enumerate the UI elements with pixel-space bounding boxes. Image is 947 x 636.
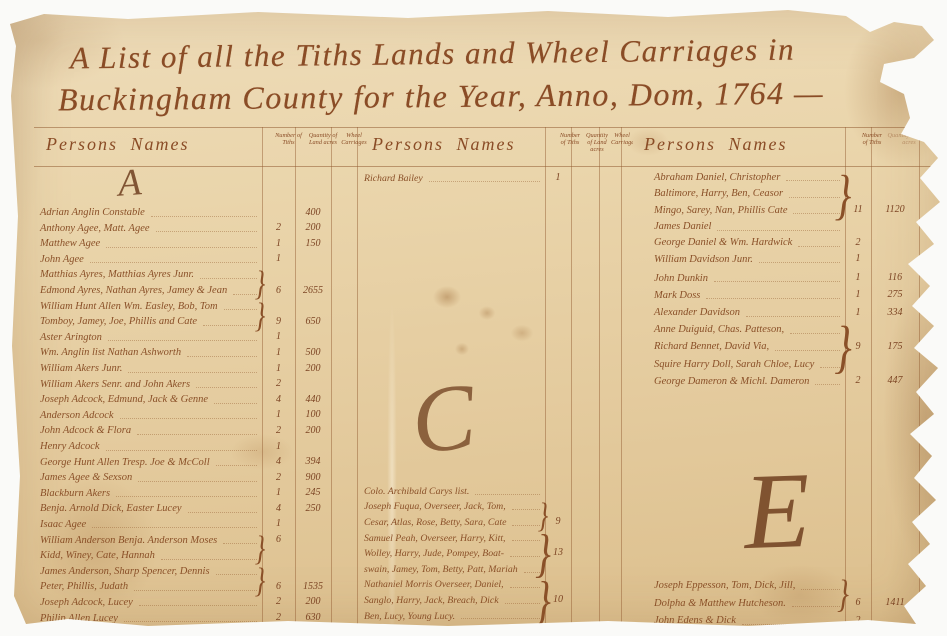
person-names-text: William Anderson Benja. Anderson Moses xyxy=(36,536,217,550)
ledger-row: Benja. Arnold Dick, Easter Lucey 4 250 xyxy=(36,502,357,518)
ledger-row: Edmond Ayres, Nathan Ayres, Jamey & Jean… xyxy=(36,284,357,300)
tiths-value: 1 xyxy=(262,239,295,253)
section-letter-C: C xyxy=(407,369,479,469)
dotted-leader xyxy=(475,494,540,495)
ledger-row: Siley Colman, Han, Dinah, Jony xyxy=(360,624,621,636)
dotted-leader xyxy=(801,589,840,590)
dotted-leader xyxy=(92,527,257,528)
dotted-leader xyxy=(233,294,257,295)
person-names-text: Philip Allen Lucey xyxy=(36,614,118,628)
table-header-middle: Persons Names Number of Tiths Quantity o… xyxy=(360,130,621,166)
land-acres-value: 150 xyxy=(295,239,331,253)
carriages-value xyxy=(919,352,947,356)
tiths-value xyxy=(545,620,571,624)
land-acres-value: 1535 xyxy=(295,582,331,596)
ledger-row: Kidd, Winey, Cate, Hannah xyxy=(36,549,357,565)
table-header-left: Persons Names Number of Tiths Quantity o… xyxy=(36,130,357,166)
person-names-text: William Davidson Junr. xyxy=(630,255,753,269)
tiths-value: 9 xyxy=(545,517,571,531)
ledger-row: John Edens & Dick 2 xyxy=(630,612,947,630)
dotted-leader xyxy=(116,496,257,497)
person-names-text: Joseph Eppesson, Tom, Dick, Jill, xyxy=(630,581,795,595)
person-names-text: Sanglo, Harry, Jack, Breach, Dick xyxy=(360,596,499,609)
tiths-value: 4 xyxy=(262,395,295,409)
dotted-leader xyxy=(786,180,840,181)
dotted-leader xyxy=(106,450,257,451)
dotted-leader xyxy=(714,281,840,282)
land-acres-value: 2655 xyxy=(295,286,331,300)
manuscript-paper: A List of all the Tiths Lands and Wheel … xyxy=(8,6,940,630)
person-names-text: Joseph Adcock, Edmund, Jack & Genne xyxy=(36,395,208,409)
tiths-value: 9 xyxy=(262,317,295,331)
person-names-text: George Hunt Allen Tresp. Joe & McColl xyxy=(36,458,210,472)
land-acres-value: 650 xyxy=(295,317,331,331)
tiths-value: 4 xyxy=(262,504,295,518)
dotted-leader xyxy=(505,603,540,604)
ledger-row: Adrian Anglin Constable 400 xyxy=(36,206,357,222)
carriages-value xyxy=(919,215,947,219)
ledger-row: Dolpha & Matthew Hutcheson. 6 1411 xyxy=(630,595,947,613)
person-names-text: George Dameron & Michl. Dameron xyxy=(630,377,809,391)
dotted-leader xyxy=(789,197,840,198)
ledger-row: Anne Duiguid, Chas. Patteson, } xyxy=(630,322,947,339)
land-acres-value: 440 xyxy=(295,395,331,409)
dotted-leader xyxy=(790,333,840,334)
person-names-text: Siley Colman, Han, Dinah, Jony xyxy=(360,627,491,636)
ledger-row: Joseph Adcock, Lucey 2 200 xyxy=(36,596,357,612)
tiths-value: 1 xyxy=(845,254,871,268)
ledger-row: Colo. Archibald Carys list. xyxy=(360,484,621,500)
ledger-row: Joseph Eppesson, Tom, Dick, Jill, } xyxy=(630,577,947,595)
ledger-row: James Agee & Sexson 2 900 xyxy=(36,471,357,487)
column-rule-line xyxy=(357,127,358,626)
person-names-text: Aster Arington xyxy=(36,333,102,347)
land-acres-value: 447 xyxy=(871,376,919,390)
dotted-leader xyxy=(512,525,540,526)
person-names-text: Squire Harry Doll, Sarah Chloe, Lucy xyxy=(630,360,814,374)
tiths-value: 2 xyxy=(845,616,871,630)
person-names-text: James Anderson, Sharp Spencer, Dennis xyxy=(36,567,210,581)
ledger-row: Cesar, Atlas, Rose, Betty, Sara, Cate 9 xyxy=(360,515,621,531)
person-names-text: Anthony Agee, Matt. Agee xyxy=(36,224,150,238)
ledger-row: Matthias Ayres, Matthias Ayres Junr. } xyxy=(36,268,357,284)
dotted-leader xyxy=(187,356,257,357)
land-acres-value: 1120 xyxy=(871,205,919,219)
person-names-text: Wolley, Harry, Jude, Pompey, Boat- xyxy=(360,549,504,562)
carriages-value xyxy=(919,608,947,612)
person-names-text: Anderson Adcock xyxy=(36,411,114,425)
dotted-leader xyxy=(759,262,840,263)
tiths-value: 13 xyxy=(545,548,571,562)
person-names-text: Baltimore, Harry, Ben, Ceasor xyxy=(630,189,783,203)
dotted-leader xyxy=(139,605,257,606)
dotted-leader xyxy=(90,262,257,263)
person-names-text: Nathaniel Morris Overseer, Daniel, xyxy=(360,580,504,593)
ledger-row: William Anderson Benja. Anderson Moses 6… xyxy=(36,533,357,549)
column-rule-line xyxy=(621,127,622,626)
person-names-text: Benja. Arnold Dick, Easter Lucey xyxy=(36,504,182,518)
dotted-leader xyxy=(742,624,840,625)
persons-names-header: Persons Names xyxy=(36,130,272,155)
dotted-leader xyxy=(124,621,257,622)
carriages-value xyxy=(919,335,947,339)
person-names-text: Colo. Archibald Carys list. xyxy=(360,487,469,500)
ledger-row: William Akers Senr. and John Akers 2 xyxy=(36,378,357,394)
tiths-value: 2 xyxy=(845,238,871,252)
header-bottom-rule xyxy=(34,166,934,167)
person-names-text: Edmond Ayres, Nathan Ayres, Jamey & Jean xyxy=(36,286,227,300)
dotted-leader xyxy=(203,325,257,326)
tiths-value: 2 xyxy=(262,473,295,487)
dotted-leader xyxy=(746,316,840,317)
land-acres-value xyxy=(571,183,599,187)
person-names-text: John Agee xyxy=(36,255,84,269)
ledger-row: John Dunkin 1 116 xyxy=(630,270,947,287)
dotted-leader xyxy=(188,512,257,513)
dotted-leader xyxy=(717,230,840,231)
dotted-leader xyxy=(216,465,257,466)
section-letter-E: E xyxy=(742,457,812,567)
person-names-text: John Dunkin xyxy=(630,274,708,288)
ledger-row: Matthew Agee 1 150 xyxy=(36,237,357,253)
land-acres-value: 275 xyxy=(871,290,919,304)
ledger-row: Wolley, Harry, Jude, Pompey, Boat- 13 xyxy=(360,546,621,562)
carriages-value xyxy=(919,591,947,595)
dotted-leader xyxy=(510,556,540,557)
land-acres-value: 334 xyxy=(871,308,919,322)
dotted-leader xyxy=(214,403,257,404)
ledger-row: Sanglo, Harry, Jack, Breach, Dick 10 xyxy=(360,593,621,609)
table-header-right: Persons Names Number of Tiths Quantity o… xyxy=(630,130,947,166)
ledger-column-middle-cary: Colo. Archibald Carys list. Joseph Fuqua… xyxy=(360,484,621,636)
tiths-value: 1 xyxy=(262,348,295,362)
ledger-row: James Daniel xyxy=(630,219,947,235)
carriages-value xyxy=(919,264,947,268)
tiths-value: 1 xyxy=(545,173,571,187)
tiths-value: 1 xyxy=(262,488,295,502)
dotted-leader xyxy=(128,372,257,373)
person-names-text: Wm. Anglin list Nathan Ashworth xyxy=(36,348,181,362)
land-acres-value: 500 xyxy=(295,348,331,362)
ledger-row: Tomboy, Jamey, Joe, Phillis and Cate 9 6… xyxy=(36,315,357,331)
tiths-value: 1 xyxy=(845,308,871,322)
land-column-header: Quantity of Land acres xyxy=(885,130,933,166)
person-names-text: John Edens & Dick xyxy=(630,616,736,630)
land-acres-value: 400 xyxy=(295,208,331,222)
dotted-leader xyxy=(138,481,257,482)
tiths-value: 1 xyxy=(262,364,295,378)
person-names-text: James Daniel xyxy=(630,222,711,236)
dotted-leader xyxy=(461,618,540,619)
dotted-leader xyxy=(161,559,257,560)
ledger-row: James Anderson, Sharp Spencer, Dennis } xyxy=(36,565,357,581)
person-names-text: Matthias Ayres, Matthias Ayres Junr. xyxy=(36,270,194,284)
tiths-value: 2 xyxy=(262,613,295,627)
person-names-text: Adrian Anglin Constable xyxy=(36,208,145,222)
person-names-text: Isaac Agee xyxy=(36,520,86,534)
document-title-line1: A List of all the Tiths Lands and Wheel … xyxy=(70,32,795,77)
person-names-text: Richard Bailey xyxy=(360,174,423,187)
land-acres-value: 100 xyxy=(295,410,331,424)
person-names-text: William Hunt Allen Wm. Easley, Bob, Tom xyxy=(36,302,218,316)
land-acres-value: 630 xyxy=(295,613,331,627)
scanned-document-photo: { "document": { "title_line1": "A List o… xyxy=(0,0,947,636)
ledger-row: Abraham Daniel, Christopher } xyxy=(630,170,947,186)
dotted-leader xyxy=(134,590,257,591)
person-names-text: Kidd, Winey, Cate, Hannah xyxy=(36,551,155,565)
tiths-value: 6 xyxy=(845,598,871,612)
carriages-value xyxy=(331,623,357,627)
carriages-value xyxy=(919,300,947,304)
land-acres-value: 200 xyxy=(295,597,331,611)
land-acres-value xyxy=(571,620,599,624)
person-names-text: Abraham Daniel, Christopher xyxy=(630,173,780,187)
person-names-text: Richard Bennet, David Via, xyxy=(630,342,769,356)
person-names-text: Dolpha & Matthew Hutcheson. xyxy=(630,599,786,613)
dotted-leader xyxy=(106,247,257,248)
tiths-value: 1 xyxy=(845,290,871,304)
tiths-value: 2 xyxy=(262,223,295,237)
tiths-value: 2 xyxy=(845,376,871,390)
dotted-leader xyxy=(108,340,257,341)
persons-names-header: Persons Names xyxy=(630,130,859,155)
dotted-leader xyxy=(815,384,840,385)
person-names-text: Cesar, Atlas, Rose, Betty, Sara, Cate xyxy=(360,518,506,531)
ledger-row: Squire Harry Doll, Sarah Chloe, Lucy xyxy=(630,356,947,373)
tiths-value: 9 xyxy=(845,342,871,356)
dotted-leader xyxy=(200,278,257,279)
dotted-leader xyxy=(223,543,257,544)
ledger-column-right-block3: Joseph Eppesson, Tom, Dick, Jill, } Dolp… xyxy=(630,577,947,630)
ledger-row: John Agee 1 xyxy=(36,253,357,269)
header-top-rule xyxy=(34,127,934,128)
tiths-value: 6 xyxy=(262,286,295,300)
carriages-column-header: Wheel Carriages xyxy=(933,130,947,166)
ledger-row: Baltimore, Harry, Ben, Ceasor xyxy=(630,186,947,202)
ledger-row: Richard Bailey 1 xyxy=(360,172,621,187)
ledger-row: Mingo, Sarey, Nan, Phillis Cate 11 1120 xyxy=(630,203,947,219)
tiths-value: 2 xyxy=(262,597,295,611)
ledger-row: Alexander Davidson 1 334 xyxy=(630,304,947,321)
dotted-leader xyxy=(137,434,257,435)
ledger-row: John Adcock & Flora 2 200 xyxy=(36,424,357,440)
ledger-row: swain, Jamey, Tom, Betty, Patt, Mariah xyxy=(360,562,621,578)
ledger-row: Isaac Agee 1 xyxy=(36,518,357,534)
tiths-value: 1 xyxy=(262,410,295,424)
ledger-row: George Dameron & Michl. Dameron 2 447 xyxy=(630,373,947,390)
dotted-leader xyxy=(196,387,257,388)
tiths-value: 1 xyxy=(262,442,295,456)
land-acres-value: 200 xyxy=(295,223,331,237)
dotted-leader xyxy=(793,213,840,214)
land-acres-value: 1411 xyxy=(871,598,919,612)
person-names-text: Ben, Lucy, Young Lucy. xyxy=(360,612,455,625)
person-names-text: George Daniel & Wm. Hardwick xyxy=(630,238,792,252)
tiths-value: 11 xyxy=(845,205,871,219)
carriages-value xyxy=(599,183,621,187)
persons-names-header: Persons Names xyxy=(360,130,557,155)
ledger-row: William Akers Junr. 1 200 xyxy=(36,362,357,378)
ledger-column-left: Adrian Anglin Constable 400 Anthony Agee… xyxy=(36,206,357,627)
dotted-leader xyxy=(512,540,541,541)
person-names-text: William Akers Senr. and John Akers xyxy=(36,380,190,394)
carriages-value xyxy=(919,386,947,390)
tiths-value: 1 xyxy=(845,273,871,287)
person-names-text: John Adcock & Flora xyxy=(36,426,131,440)
land-acres-value: 394 xyxy=(295,457,331,471)
ledger-row: Anthony Agee, Matt. Agee 2 200 xyxy=(36,222,357,238)
dotted-leader xyxy=(510,587,540,588)
person-names-text: swain, Jamey, Tom, Betty, Patt, Mariah xyxy=(360,565,518,578)
ledger-column-right-block2: John Dunkin 1 116 Mark Doss 1 275 Alexan… xyxy=(630,270,947,390)
tiths-value: 2 xyxy=(262,379,295,393)
tiths-value: 6 xyxy=(262,535,295,549)
ledger-row: Mark Doss 1 275 xyxy=(630,287,947,304)
ledger-row: Blackburn Akers 1 245 xyxy=(36,487,357,503)
land-acres-value: 116 xyxy=(871,273,919,287)
dotted-leader xyxy=(798,246,840,247)
ledger-row: Richard Bennet, David Via, 9 175 xyxy=(630,339,947,356)
dotted-leader xyxy=(156,231,257,232)
ledger-row: William Davidson Junr. 1 xyxy=(630,252,947,268)
tiths-value: 1 xyxy=(262,519,295,533)
ledger-row: Joseph Adcock, Edmund, Jack & Genne 4 44… xyxy=(36,393,357,409)
land-acres-value xyxy=(871,264,919,268)
dotted-leader xyxy=(820,367,840,368)
person-names-text: Joseph Fuqua, Overseer, Jack, Tom, xyxy=(360,502,506,515)
person-names-text: Peter, Phillis, Judath xyxy=(36,582,128,596)
tiths-value: 6 xyxy=(262,582,295,596)
dotted-leader xyxy=(429,181,540,182)
dotted-leader xyxy=(512,509,540,510)
dotted-leader xyxy=(775,350,840,351)
person-names-text: Mark Doss xyxy=(630,291,700,305)
document-title-line2: Buckingham County for the Year, Anno, Do… xyxy=(58,75,824,119)
land-acres-value: 250 xyxy=(295,504,331,518)
land-acres-value: 175 xyxy=(871,342,919,356)
land-acres-value: 900 xyxy=(295,473,331,487)
ledger-column-right-block1: Abraham Daniel, Christopher } Baltimore,… xyxy=(630,170,947,268)
tiths-value: 1 xyxy=(262,332,295,346)
land-acres-value: 200 xyxy=(295,364,331,378)
tiths-column-header: Number of Tiths xyxy=(557,130,583,166)
dotted-leader xyxy=(151,216,257,217)
dotted-leader xyxy=(120,418,257,419)
tiths-value: 10 xyxy=(545,595,571,609)
ledger-row: Peter, Phillis, Judath 6 1535 xyxy=(36,580,357,596)
land-acres-value: 245 xyxy=(295,488,331,502)
ledger-row: Wm. Anglin list Nathan Ashworth 1 500 xyxy=(36,346,357,362)
ledger-row: George Daniel & Wm. Hardwick 2 xyxy=(630,236,947,252)
person-names-text: William Akers Junr. xyxy=(36,364,122,378)
dotted-leader xyxy=(497,634,540,635)
dotted-leader xyxy=(792,606,840,607)
tiths-column-header: Number of Tiths xyxy=(272,130,305,166)
ledger-row: Aster Arington 1 xyxy=(36,331,357,347)
ledger-row: Philip Allen Lucey 2 630 xyxy=(36,611,357,627)
ledger-row: Joseph Fuqua, Overseer, Jack, Tom, } xyxy=(360,500,621,516)
person-names-text: Joseph Adcock, Lucey xyxy=(36,598,133,612)
dotted-leader xyxy=(706,298,840,299)
person-names-text: Tomboy, Jamey, Joe, Phillis and Cate xyxy=(36,317,197,331)
section-letter-A: A xyxy=(117,163,143,203)
ledger-row: William Hunt Allen Wm. Easley, Bob, Tom … xyxy=(36,300,357,316)
land-acres-value xyxy=(871,626,919,630)
person-names-text: Blackburn Akers xyxy=(36,489,110,503)
dotted-leader xyxy=(524,572,540,573)
person-names-text: Matthew Agee xyxy=(36,239,100,253)
land-column-header: Quantity of Land acres xyxy=(583,130,611,166)
ledger-row: Anderson Adcock 1 100 xyxy=(36,409,357,425)
land-column-header: Quantity of Land acres xyxy=(305,130,341,166)
tiths-value: 4 xyxy=(262,457,295,471)
dotted-leader xyxy=(216,574,257,575)
ledger-column-middle-top: Richard Bailey 1 xyxy=(360,172,621,187)
person-names-text: Samuel Peah, Overseer, Harry, Kitt, xyxy=(360,534,506,547)
carriages-value xyxy=(599,620,621,624)
ledger-row: George Hunt Allen Tresp. Joe & McColl 4 … xyxy=(36,456,357,472)
tiths-value: 1 xyxy=(262,254,295,268)
ledger-row: Ben, Lucy, Young Lucy. xyxy=(360,609,621,625)
ledger-row: Nathaniel Morris Overseer, Daniel, } xyxy=(360,578,621,594)
ledger-row: Henry Adcock 1 xyxy=(36,440,357,456)
dotted-leader xyxy=(224,309,257,310)
tiths-value: 2 xyxy=(262,426,295,440)
person-names-text: Alexander Davidson xyxy=(630,308,740,322)
tiths-column-header: Number of Tiths xyxy=(859,130,885,166)
ledger-row: Samuel Peah, Overseer, Harry, Kitt, } xyxy=(360,531,621,547)
person-names-text: James Agee & Sexson xyxy=(36,473,132,487)
person-names-text: Henry Adcock xyxy=(36,442,100,456)
land-acres-value: 200 xyxy=(295,426,331,440)
carriages-value xyxy=(919,626,947,630)
person-names-text: Anne Duiguid, Chas. Patteson, xyxy=(630,325,784,339)
person-names-text: Mingo, Sarey, Nan, Phillis Cate xyxy=(630,206,787,220)
